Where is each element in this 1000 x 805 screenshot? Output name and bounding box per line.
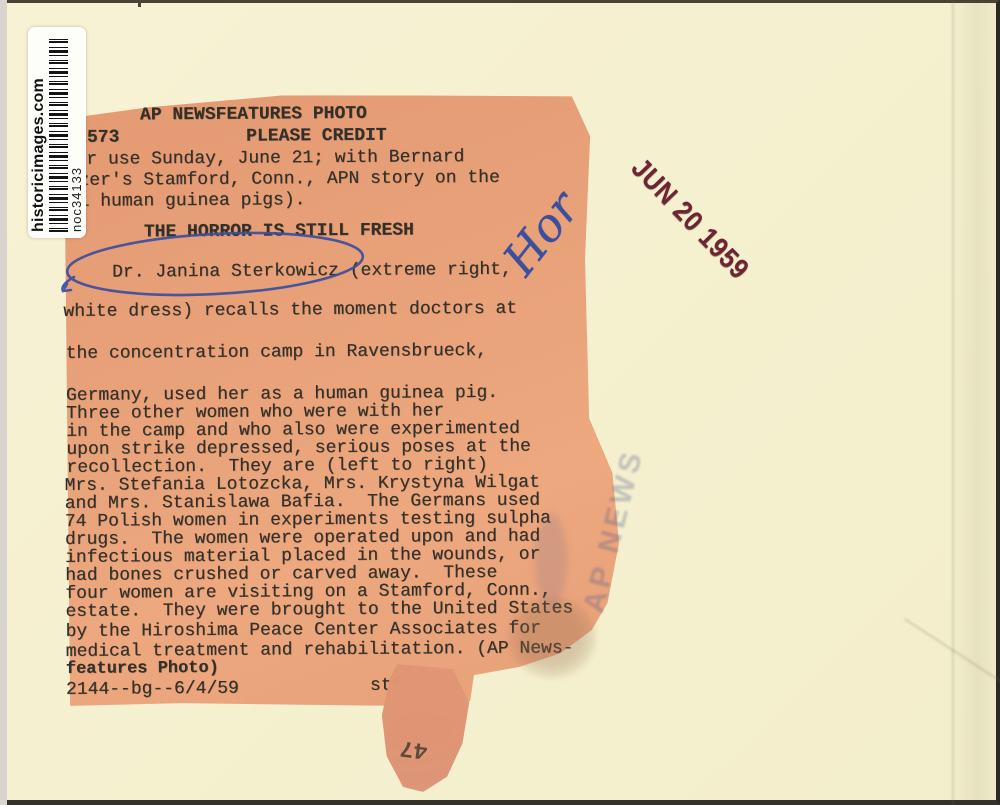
paper-crease-vertical (952, 0, 954, 805)
caption-intro-line: r use Sunday, June 21; with Bernard (86, 147, 464, 170)
barcode-label-content: historicimages.com noc34133 (28, 27, 86, 238)
photo-back-scan: { "label": { "site": "historicimages.com… (0, 0, 1000, 805)
caption-slug: 2144--bg--6/4/59 (66, 679, 239, 700)
caption-body-line: the concentration camp in Ravensbrueck, (66, 341, 487, 364)
caption-intro-line: zer's Stamford, Conn., APN story on the (78, 168, 499, 191)
circle-annotation (40, 222, 385, 317)
ink-smudge (534, 512, 568, 608)
barcode-label: historicimages.com noc34133 (28, 27, 86, 238)
caption-credit-line: PLEASE CREDIT (246, 126, 387, 147)
caption-body-line: features Photo) (66, 659, 219, 680)
paper-shading (950, 3, 996, 800)
edge-mark (138, 0, 141, 7)
remnant-number: 47 (399, 734, 430, 763)
barcode-code-text: noc34133 (69, 33, 84, 232)
caption-header: AP NEWSFEATURES PHOTO (140, 104, 367, 126)
barcode-site-text: historicimages.com (30, 33, 48, 232)
barcode (49, 36, 68, 232)
caption-intro-line: i human guinea pigs). (79, 190, 306, 212)
